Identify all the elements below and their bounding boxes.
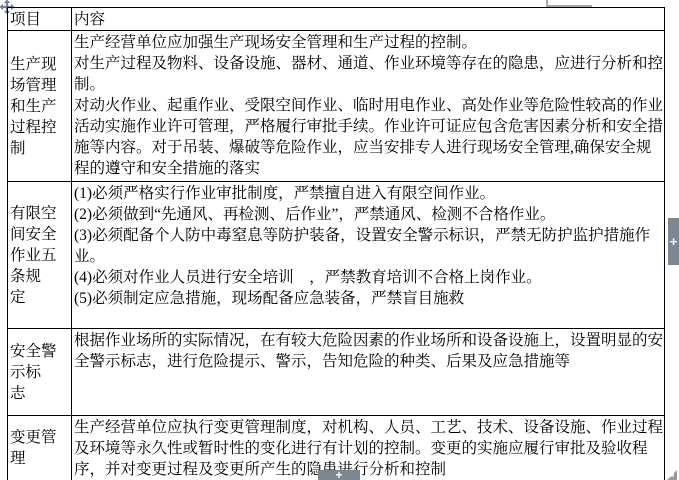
paragraph: (5)必须制定应急措施，现场配备应急装备，严禁盲目施救 (74, 288, 663, 309)
document-canvas: 项目 内容 生产现 场管理 和生产 过程控 制 生产经营单位应加强生产现场安全管… (0, 0, 679, 480)
table-row-production-site: 生产现 场管理 和生产 过程控 制 生产经营单位应加强生产现场安全管理和生产过程… (8, 31, 665, 182)
plus-icon: + (335, 469, 342, 480)
row-content: (1)必须严格实行作业审批制度，严禁擅自进入有限空间作业。(2)必须做到“先通风… (72, 182, 665, 329)
paragraph: 对生产过程及物料、设备设施、器材、通道、作业环境等存在的隐患，应进行分析和控制。 (74, 53, 663, 95)
header-cell-content: 内容 (72, 8, 665, 31)
paragraph: 对动火作业、起重作业、受限空间作业、临时用电作业、高处作业等危险性较高的作业活动… (74, 95, 663, 179)
paragraph: (2)必须做到“先通风、再检测、后作业”，严禁通风、检测不合格作业。 (74, 204, 663, 225)
plus-icon: + (670, 235, 678, 248)
table-header-row: 项目 内容 (8, 8, 665, 31)
row-content: 根据作业场所的实际情况，在有较大危险因素的作业场所和设备设施上，设置明显的安全警… (72, 329, 665, 416)
paragraph: (1)必须严格实行作业审批制度，严禁擅自进入有限空间作业。 (74, 183, 663, 204)
paragraph: 生产经营单位应加强生产现场安全管理和生产过程的控制。 (74, 32, 663, 53)
horizontal-scroll-thumb[interactable]: + (318, 470, 360, 480)
paragraph: 根据作业场所的实际情况，在有较大危险因素的作业场所和设备设施上，设置明显的安全警… (74, 330, 663, 372)
table-resize-handle[interactable] (667, 468, 678, 479)
row-content: 生产经营单位应加强生产现场安全管理和生产过程的控制。对生产过程及物料、设备设施、… (72, 31, 665, 182)
diagonal-resize-icon (667, 468, 678, 480)
row-label: 安全警 示标 志 (8, 329, 72, 416)
row-label: 变更管 理 (8, 416, 72, 480)
row-label: 生产现 场管理 和生产 过程控 制 (8, 31, 72, 182)
vertical-scroll-thumb[interactable]: + (668, 218, 679, 265)
table-row-confined-space: 有限空 间安全 作业五 条规 定 (1)必须严格实行作业审批制度，严禁擅自进入有… (8, 182, 665, 329)
safety-management-table: 项目 内容 生产现 场管理 和生产 过程控 制 生产经营单位应加强生产现场安全管… (7, 7, 665, 480)
paragraph: (3)必须配备个人防中毒窒息等防护装备，设置安全警示标识，严禁无防护监护措施作业… (74, 225, 663, 267)
header-cell-item: 项目 (8, 8, 72, 31)
paragraph: 生产经营单位应执行变更管理制度，对机构、人员、工艺、技术、设备设施、作业过程及环… (74, 417, 663, 480)
paragraph: (4)必须对作业人员进行安全培训 ，严禁教育培训不合格上岗作业。 (74, 267, 663, 288)
row-label: 有限空 间安全 作业五 条规 定 (8, 182, 72, 329)
row-content: 生产经营单位应执行变更管理制度，对机构、人员、工艺、技术、设备设施、作业过程及环… (72, 416, 665, 480)
table-row-warning-signs: 安全警 示标 志 根据作业场所的实际情况，在有较大危险因素的作业场所和设备设施上… (8, 329, 665, 416)
